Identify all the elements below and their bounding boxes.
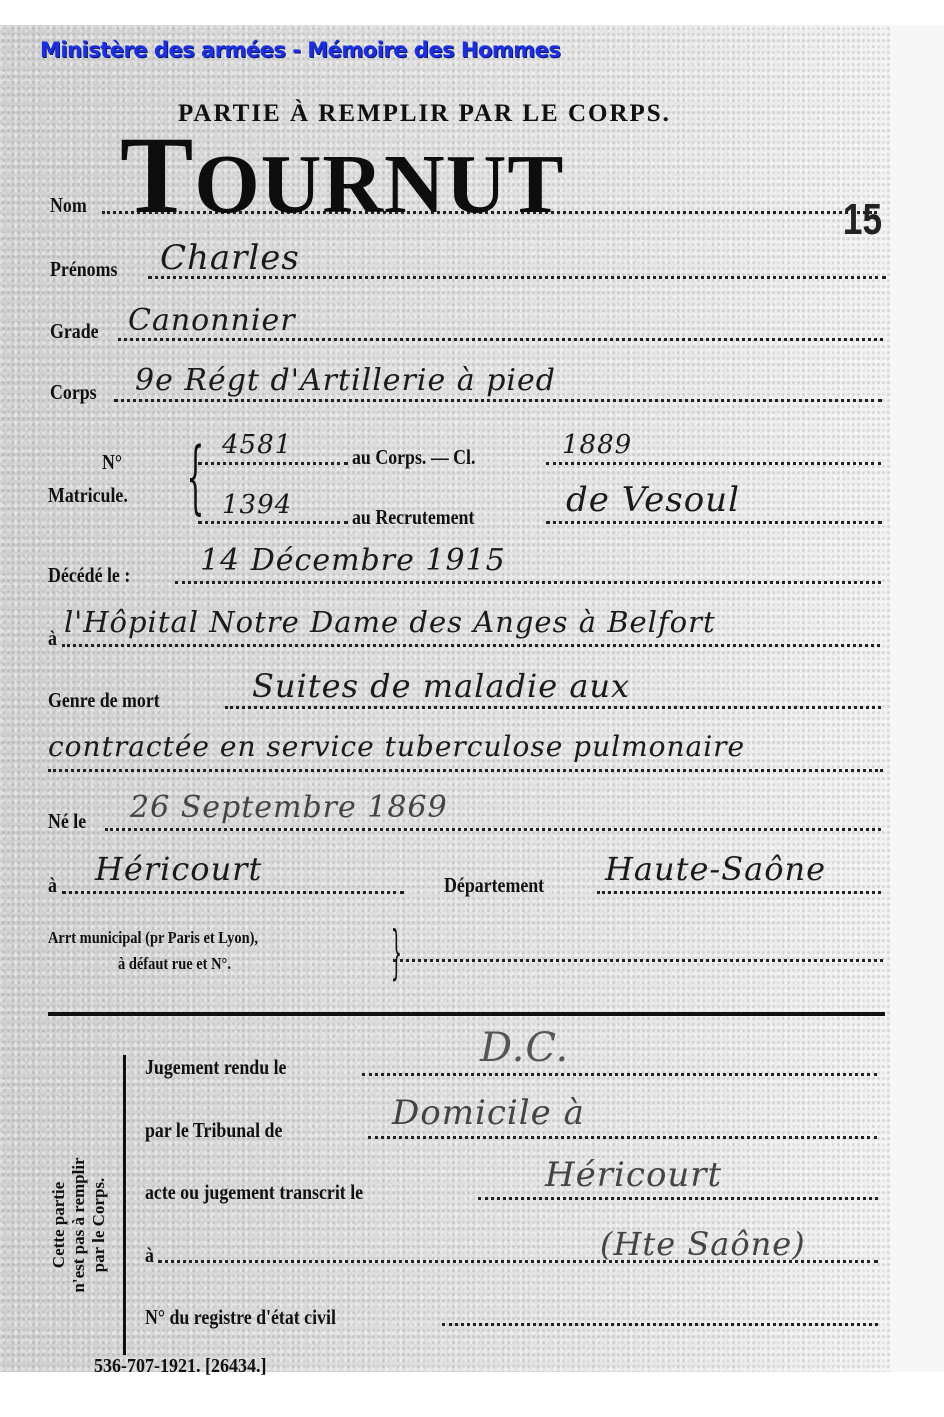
print-reference: 536-707-1921. [26434.] (94, 1355, 266, 1378)
deces-lieu-label: à (48, 626, 57, 651)
section-divider (48, 1012, 885, 1016)
page-number: 15 (843, 195, 882, 245)
matricule-label: Matricule. (48, 483, 128, 508)
paper-sheet: Ministère des armées - Mémoire des Homme… (0, 25, 890, 1372)
registre-label: N° du registre d'état civil (145, 1305, 336, 1330)
genre-mort-label: Genre de mort (48, 688, 160, 713)
side-label-line-3: par le Corps. (89, 1157, 109, 1292)
deces-lieu-line (62, 644, 880, 647)
naissance-date-value: 26 Septembre 1869 (130, 790, 448, 825)
classe-line (546, 462, 881, 465)
nom-value: TOURNUT (120, 120, 564, 230)
matricule-recrutement-line (198, 521, 348, 524)
matricule-recrutement-suffix: au Recrutement (352, 505, 474, 530)
grade-label: Grade (50, 319, 99, 344)
recrutement-place-value: de Vesoul (566, 480, 740, 520)
tribunal-value: Domicile à (392, 1093, 585, 1133)
side-label-line-2: n'est pas à remplir (69, 1157, 89, 1292)
tribunal-line (368, 1136, 877, 1139)
jugement-label: Jugement rendu le (145, 1055, 286, 1080)
matricule-recrutement-number: 1394 (222, 490, 292, 520)
corps-value: 9e Régt d'Artillerie à pied (135, 363, 556, 398)
grade-line (118, 338, 883, 341)
matricule-corps-suffix: au Corps. — Cl. (352, 445, 475, 470)
matricule-corps-line (198, 462, 348, 465)
deces-date-label: Décédé le : (48, 563, 130, 588)
civil-section-brace (123, 1055, 126, 1355)
jugement-line (362, 1073, 877, 1076)
genre-mort-value-2: contractée en service tuberculose pulmon… (48, 730, 745, 763)
civil-section-side-label: Cette partie n'est pas à remplir par le … (44, 1105, 114, 1345)
matricule-brace: { (187, 437, 205, 517)
transcrit-value: Héricourt (545, 1155, 722, 1195)
genre-mort-value-1: Suites de maladie aux (252, 667, 630, 705)
genre-mort-line-2 (48, 769, 883, 772)
transcrit-line (478, 1197, 878, 1200)
arrondissement-label-1: Arrt municipal (pr Paris et Lyon), (48, 928, 258, 948)
departement-line (597, 891, 881, 894)
corps-line (114, 399, 882, 402)
deces-lieu-value: l'Hôpital Notre Dame des Anges à Belfort (64, 605, 716, 639)
side-label-line-1: Cette partie (49, 1157, 69, 1292)
registre-line (442, 1323, 878, 1326)
genre-mort-line (225, 706, 881, 709)
naissance-date-label: Né le (48, 809, 86, 834)
tribunal-label: par le Tribunal de (145, 1118, 282, 1143)
naissance-lieu-value: Héricourt (95, 850, 262, 888)
arrondissement-brace: } (391, 923, 402, 981)
transcrit-a-label: à (145, 1243, 154, 1268)
departement-label: Département (444, 873, 544, 898)
classe-value: 1889 (562, 430, 632, 460)
corps-label: Corps (50, 380, 97, 405)
grade-value: Canonnier (128, 303, 296, 338)
matricule-label-n: N° (102, 450, 122, 475)
naissance-date-line (105, 828, 881, 831)
transcrit-a-value: (Hte Saône) (600, 1225, 806, 1263)
recrutement-place-line (546, 521, 882, 524)
prenoms-label: Prénoms (50, 257, 117, 282)
prenoms-value: Charles (160, 238, 300, 278)
watermark: Ministère des armées - Mémoire des Homme… (40, 38, 560, 62)
transcrit-label: acte ou jugement transcrit le (145, 1180, 363, 1205)
arrondissement-label-2: à défaut rue et N°. (118, 954, 231, 974)
deces-date-value: 14 Décembre 1915 (200, 543, 506, 578)
deces-date-line (175, 581, 881, 584)
naissance-lieu-line (62, 891, 404, 894)
nom-label: Nom (50, 193, 87, 218)
naissance-lieu-label: à (48, 873, 57, 898)
scanned-document: Ministère des armées - Mémoire des Homme… (0, 25, 944, 1372)
departement-value: Haute-Saône (605, 850, 826, 888)
arrondissement-line (393, 959, 883, 962)
matricule-corps-number: 4581 (222, 430, 292, 460)
jugement-value: D.C. (480, 1025, 569, 1071)
